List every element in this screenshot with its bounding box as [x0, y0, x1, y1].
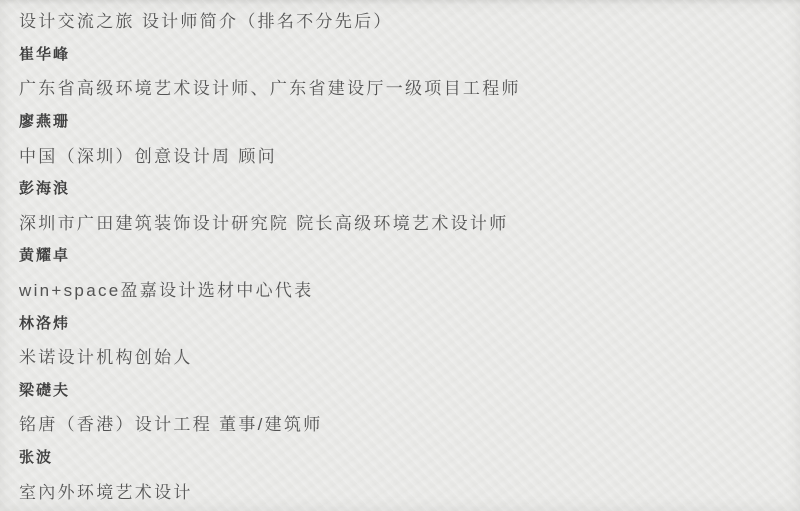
designer-name: 梁礎夫 [19, 373, 780, 407]
designer-name: 彭海浪 [19, 171, 780, 205]
designer-title: 广东省高级环境艺术设计师、广东省建设厅一级项目工程师 [19, 70, 780, 104]
designer-name: 黄耀卓 [19, 238, 780, 272]
designer-title: 中国（深圳）创意设计周 顾问 [19, 137, 780, 171]
designer-title: 米诺设计机构创始人 [19, 339, 780, 373]
designer-name: 廖燕珊 [19, 104, 780, 138]
designer-name: 张波 [19, 440, 780, 474]
designer-title: 铭唐（香港）设计工程 董事/建筑师 [19, 406, 780, 440]
article-body: 设计交流之旅 设计师简介（排名不分先后） 崔华峰 广东省高级环境艺术设计师、广东… [0, 0, 800, 511]
designer-title: 深圳市广田建筑装饰设计研究院 院长高级环境艺术设计师 [19, 205, 780, 239]
designer-name: 林洛炜 [19, 305, 780, 339]
designer-title: win+space盈嘉设计选材中心代表 [19, 272, 780, 306]
designer-title: 室內外环境艺术设计 [19, 473, 780, 507]
designer-name: 崔华峰 [19, 37, 780, 71]
page-title: 设计交流之旅 设计师简介（排名不分先后） [19, 3, 780, 37]
